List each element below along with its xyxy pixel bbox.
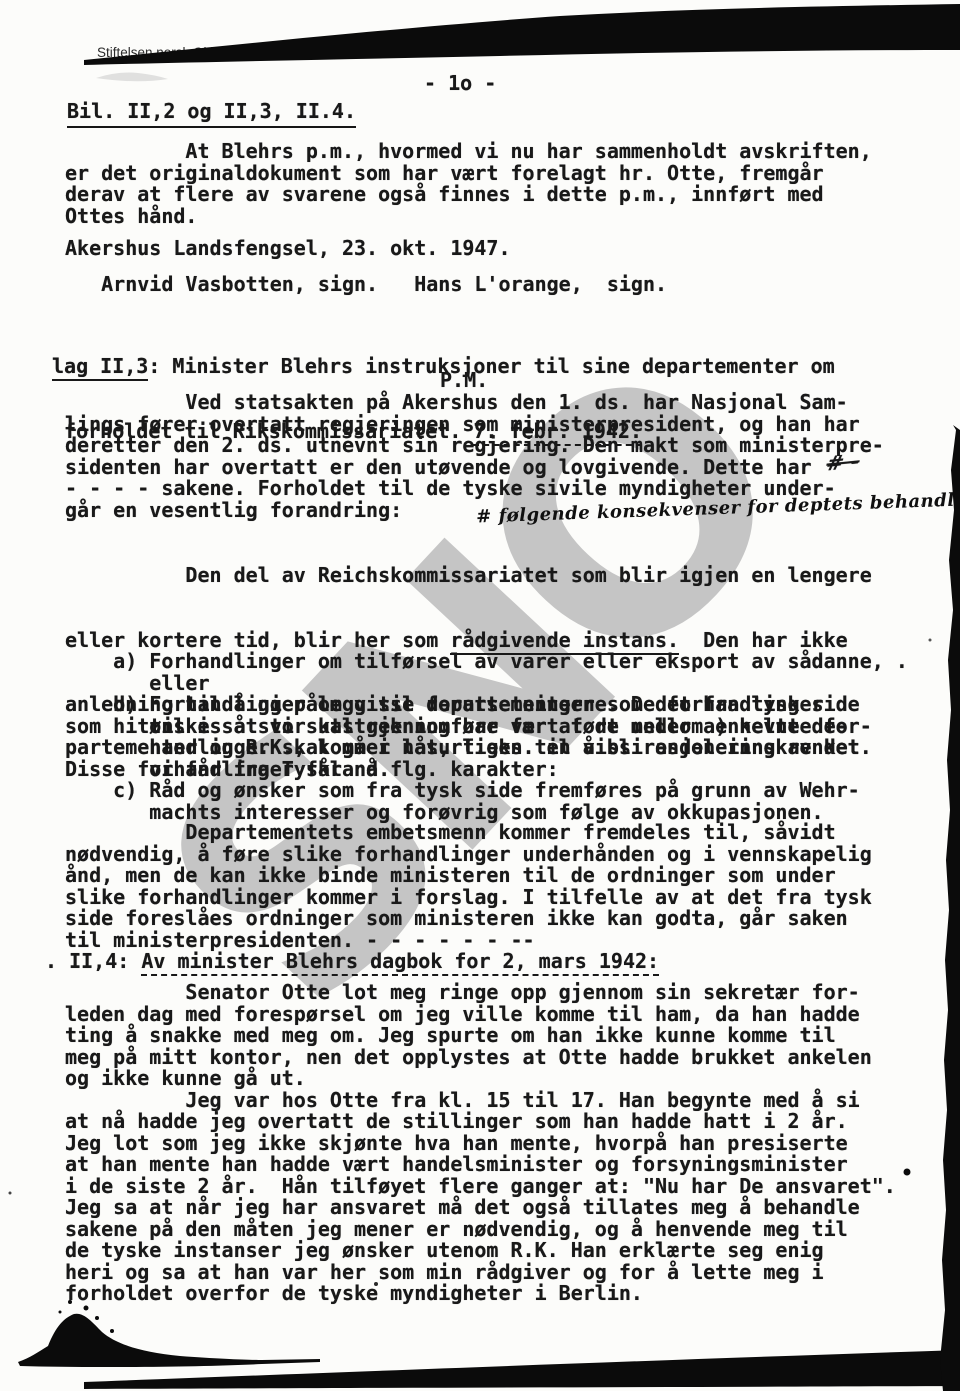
document-title: Bil. II,2 og II,3, II.4.	[67, 101, 356, 123]
ink-speck	[904, 1169, 911, 1176]
section2-heading: . II,4: Av minister Blehrs dagbok for 2,…	[45, 951, 659, 973]
ink-speck	[84, 1306, 89, 1311]
ink-speck	[95, 1316, 99, 1320]
ink-speck	[9, 1192, 12, 1195]
section1-para2-line1: Den del av Reichskommissariatet som blir…	[65, 565, 872, 587]
section1-list: a) Forhandlinger om tilførsel av varer e…	[65, 651, 908, 823]
ink-speck	[59, 1311, 62, 1314]
intro-paragraph: At Blehrs p.m., hvormed vi nu har sammen…	[65, 141, 872, 227]
document-title-text: Bil. II,2 og II,3, II.4.	[67, 99, 356, 128]
archive-stamp: Stiftelsen norsk Okkupasjonshistorie, 20…	[97, 45, 352, 60]
section2-heading-title: Av minister Blehrs dagbok for 2, mars 19…	[141, 949, 659, 976]
section1-heading-rest: : Minister Blehrs instruksjoner til sine…	[148, 354, 834, 378]
handwritten-mark: # -	[824, 450, 862, 475]
section1-heading-ref: lag II,3	[52, 354, 148, 381]
right-edge-artifact	[940, 425, 960, 1391]
ink-blob	[18, 1314, 320, 1367]
section1-para2-line2: eller kortere tid, blir her som rådgiven…	[65, 630, 872, 652]
scanned-page: SNO Stiftelsen norsk Okkupasjonshistorie…	[0, 0, 960, 1391]
section1-para2-line2-post: Den har ikke	[679, 628, 848, 652]
section2-para: Senator Otte lot meg ringe opp gjennom s…	[65, 982, 896, 1305]
page-number: - 1o -	[424, 73, 496, 95]
bottom-edge-artifact	[84, 1350, 960, 1389]
section2-heading-prefix: . II,4:	[45, 949, 141, 973]
section1-para2-line2-pre: eller kortere tid, blir her som	[65, 628, 450, 652]
pm-heading: P.M.	[440, 370, 488, 392]
signatures-line: Arnvid Vasbotten, sign. Hans L'orange, s…	[65, 274, 667, 296]
dateline: Akershus Landsfengsel, 23. okt. 1947.	[65, 238, 511, 260]
section1-para3: Departementets embetsmenn kommer fremdel…	[65, 822, 872, 951]
ink-speck	[110, 1329, 114, 1333]
ink-speck	[929, 639, 932, 642]
top-left-smudge	[96, 73, 168, 82]
